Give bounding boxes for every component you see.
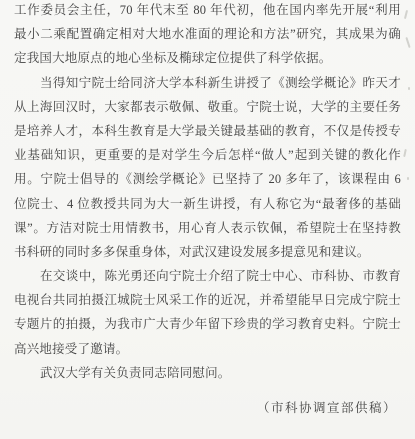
paragraph-2: 当得知宁院士给同济大学本科新生讲授了《测绘学概论》昨天才 从上海回汉时，大家都表…: [14, 71, 401, 265]
paragraph-1: 工作委员会主任，70 年代末至 80 年代初，他在国内率先开展“利用 最小二乘配…: [14, 0, 401, 71]
text-line: 高兴地接受了邀请。: [14, 337, 401, 361]
text-line: 定我国大地原点的地心坐标及椭球定位提供了科学依据。: [14, 46, 401, 70]
text-line: 工作委员会主任，70 年代末至 80 年代初，他在国内率先开展“利用: [14, 0, 401, 22]
text-line: 业基础知识，更重要的是对学生今后怎样“做人”起到关键的教化作: [14, 143, 401, 167]
text-line: 是培养人才，本科生教育是大学最关键最基础的教育，不仅是传授专: [14, 119, 401, 143]
scan-artifact: [404, 10, 408, 19]
scan-artifact: [405, 37, 410, 48]
byline-credit: （市科协调宣部供稿）: [14, 396, 401, 420]
text-line: 最小二乘配置确定相对大地水准面的理论和方法”研究，其成果为确: [14, 22, 401, 46]
paragraph-4: 武汉大学有关负责同志陪同慰问。: [14, 361, 401, 385]
text-line: 位院士、4 位教授共同为大一新生讲授，有人称它为“最奢侈的基础: [14, 192, 401, 216]
text-line: 从上海回汉时，大家都表示敬佩、敬重。宁院士说，大学的主要任务: [14, 95, 401, 119]
document-body: 工作委员会主任，70 年代末至 80 年代初，他在国内率先开展“利用 最小二乘配…: [14, 0, 401, 420]
scan-artifact: [216, 303, 219, 305]
scan-artifact: [403, 149, 407, 157]
text-line: 武汉大学有关负责同志陪同慰问。: [14, 361, 401, 385]
scanned-document-page: 工作委员会主任，70 年代末至 80 年代初，他在国内率先开展“利用 最小二乘配…: [0, 0, 415, 439]
text-line: 专题片的拍摄，为我市广大青少年留下珍贵的学习教育史料。宁院士: [14, 312, 401, 336]
text-line: 书科研的同时多多保重身体，对武汉建设发展多提意见和建议。: [14, 240, 401, 264]
scan-artifact: [408, 87, 410, 90]
text-line: 电视台共同拍摄江城院士风采工作的近况，并希望能早日完成宁院士: [14, 288, 401, 312]
paragraph-3: 在交谈中，陈光勇还向宁院士介绍了院士中心、市科协、市教育 电视台共同拍摄江城院士…: [14, 264, 401, 361]
text-line: 在交谈中，陈光勇还向宁院士介绍了院士中心、市科协、市教育: [14, 264, 401, 288]
text-line: 当得知宁院士给同济大学本科新生讲授了《测绘学概论》昨天才: [14, 71, 401, 95]
text-line: 课”。方洁对院士用情教书，用心育人表示钦佩，希望院士在坚持教: [14, 216, 401, 240]
text-line: 用。宁院士倡导的《测绘学概论》已坚持了 20 多年了，该课程由 6: [14, 167, 401, 191]
scan-artifact: [407, 177, 409, 180]
